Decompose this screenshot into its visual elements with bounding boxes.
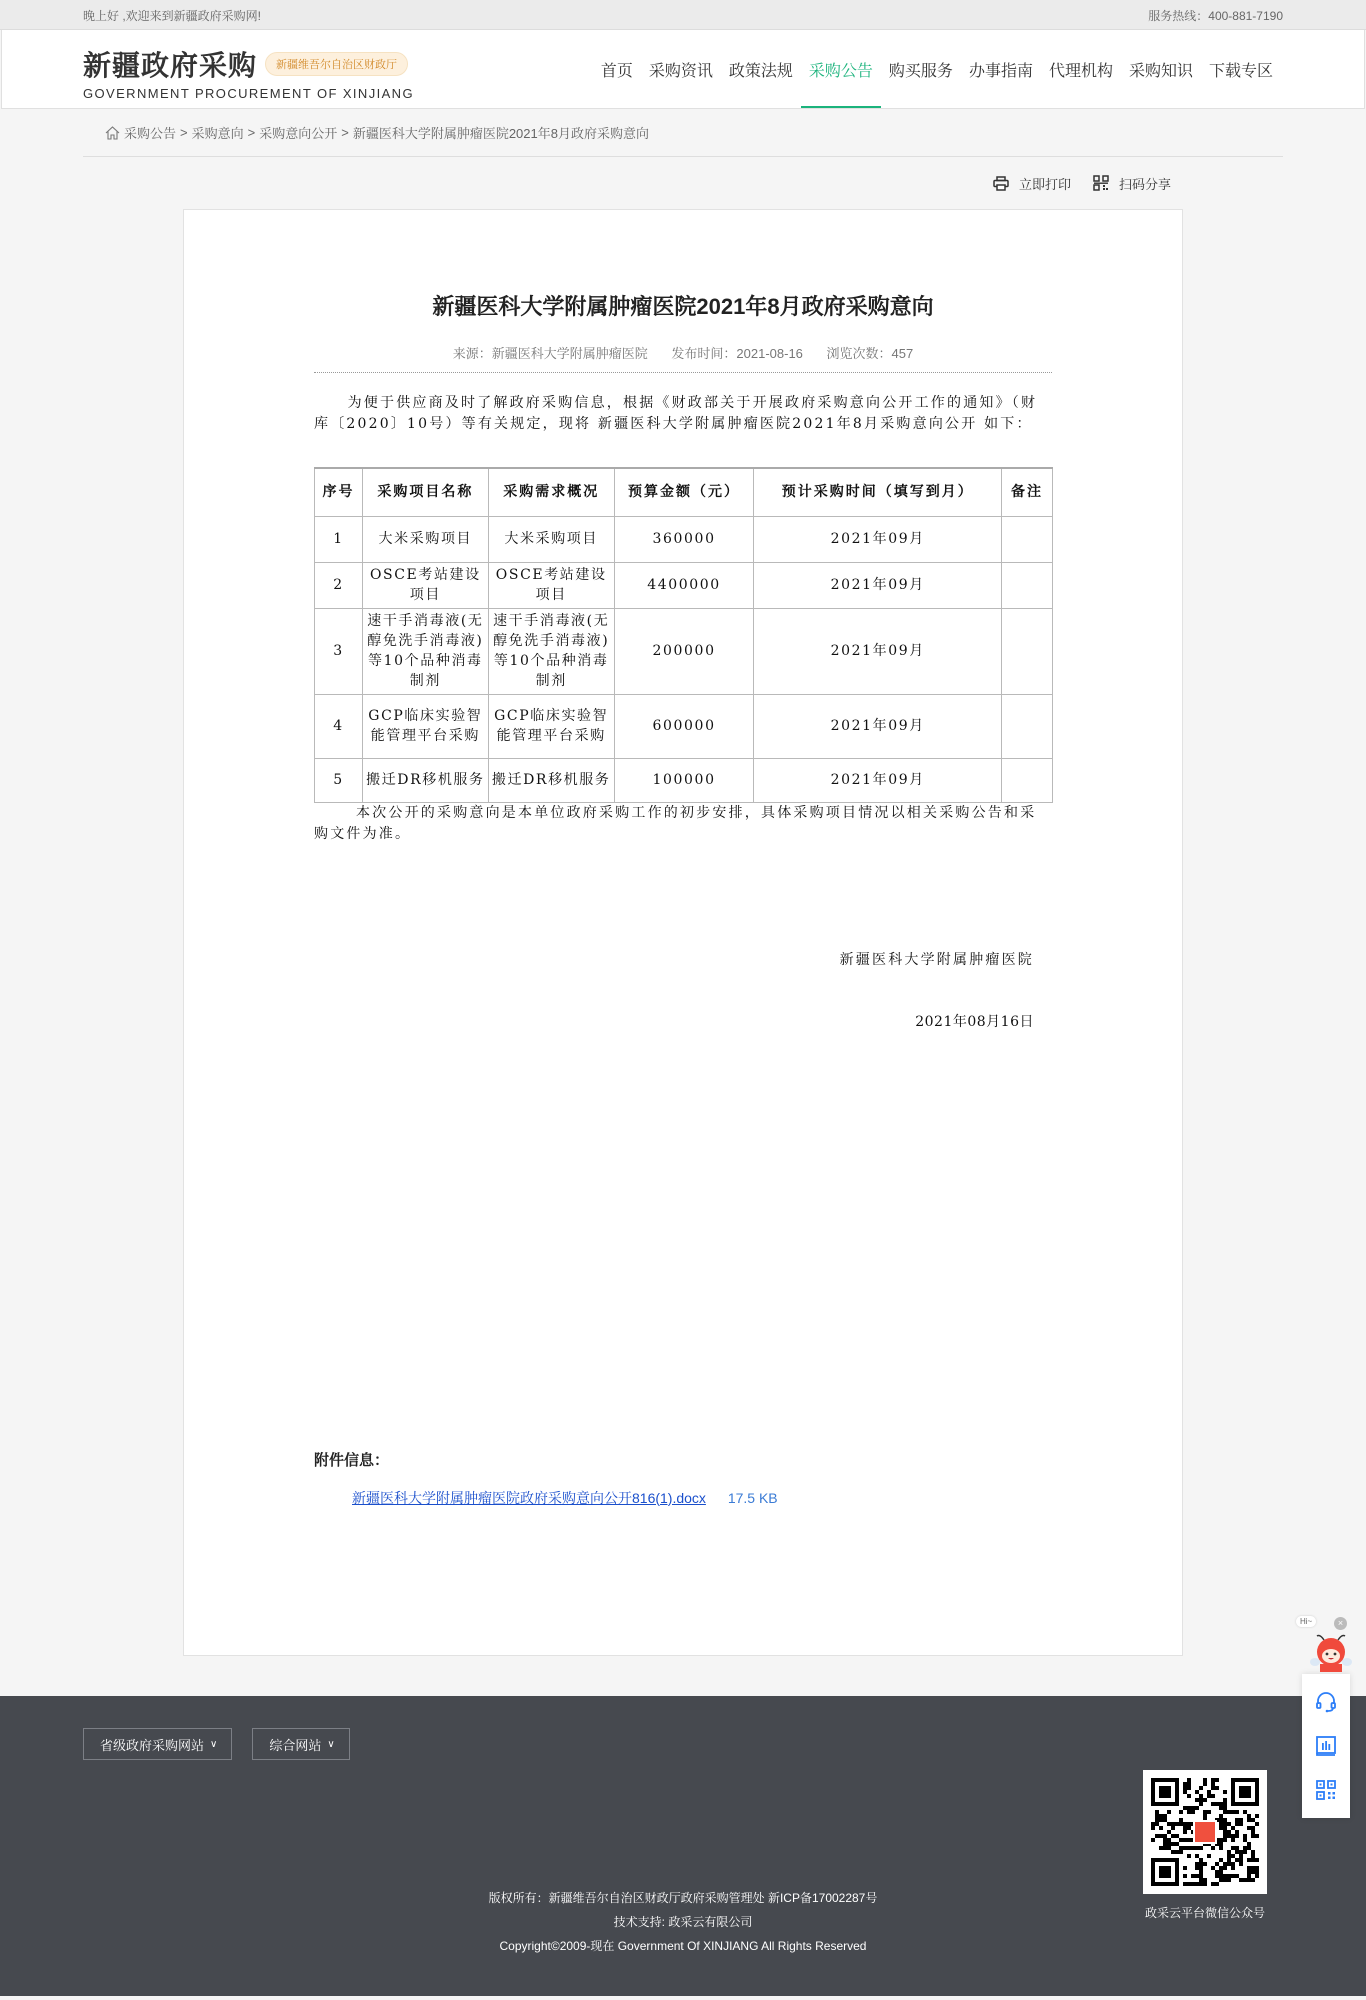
table-row: 5搬迁DR移机服务搬迁DR移机服务1000002021年09月 xyxy=(315,758,1053,802)
table-cell: 3 xyxy=(315,608,363,694)
home-icon[interactable] xyxy=(105,126,120,140)
table-cell: 4 xyxy=(315,694,363,758)
article-views: 浏览次数：457 xyxy=(827,346,914,361)
manual-button[interactable] xyxy=(1302,1724,1350,1768)
table-cell: 速干手消毒液(无醇免洗手消毒液)等10个品种消毒制剂 xyxy=(362,608,488,694)
logo-badge: 新疆维吾尔自治区财政厅 xyxy=(265,52,408,76)
table-cell: GCP临床实验智能管理平台采购 xyxy=(362,694,488,758)
attachment-title: 附件信息： xyxy=(314,1449,1052,1470)
breadcrumb-item[interactable]: 新疆医科大学附属肿瘤医院2021年8月政府采购意向 xyxy=(353,123,649,142)
qrcode-icon xyxy=(1093,175,1109,191)
table-cell: 大米采购项目 xyxy=(362,516,488,562)
table-cell: OSCE考站建设项目 xyxy=(362,562,488,608)
floating-service-widget: Hi~ × xyxy=(1302,1614,1352,1818)
logo-english: GOVERNMENT PROCUREMENT OF XINJIANG xyxy=(83,86,414,101)
table-header-cell: 预计采购时间（填写到月） xyxy=(754,468,1002,516)
breadcrumb: 采购公告>采购意向>采购意向公开>新疆医科大学附属肿瘤医院2021年8月政府采购… xyxy=(83,109,1283,157)
site-header: 新疆政府采购 新疆维吾尔自治区财政厅 GOVERNMENT PROCUREMEN… xyxy=(1,30,1365,109)
qrcode-icon xyxy=(1314,1778,1338,1802)
attachment-link[interactable]: 新疆医科大学附属肿瘤医院政府采购意向公开816(1).docx xyxy=(352,1490,706,1506)
share-button[interactable]: 扫码分享 xyxy=(1093,174,1171,193)
article-tools: 立即打印 扫码分享 xyxy=(83,157,1283,209)
table-header-cell: 序号 xyxy=(315,468,363,516)
table-row: 2OSCE考站建设项目OSCE考站建设项目44000002021年09月 xyxy=(315,562,1053,608)
service-hotline: 服务热线：400-881-7190 xyxy=(1148,7,1283,24)
site-logo[interactable]: 新疆政府采购 新疆维吾尔自治区财政厅 GOVERNMENT PROCUREMEN… xyxy=(83,30,414,108)
table-cell xyxy=(1002,758,1053,802)
table-cell: 100000 xyxy=(614,758,754,802)
table-cell: 600000 xyxy=(614,694,754,758)
article-source: 来源：新疆医科大学附属肿瘤医院 xyxy=(453,346,648,361)
site-footer: 省级政府采购网站 ∨ 综合网站 ∨ 政采云平台微信公众号 版权所有：新疆维吾尔自… xyxy=(0,1696,1366,1996)
table-cell: 2021年09月 xyxy=(754,758,1002,802)
table-header-cell: 采购项目名称 xyxy=(362,468,488,516)
nav-item[interactable]: 采购公告 xyxy=(801,30,881,108)
provincial-sites-label: 省级政府采购网站 xyxy=(100,1735,204,1754)
table-cell: GCP临床实验智能管理平台采购 xyxy=(488,694,614,758)
manual-icon xyxy=(1314,1734,1338,1758)
qr-code-image xyxy=(1143,1770,1267,1894)
top-bar: 晚上好 ,欢迎来到新疆政府采购网! 服务热线：400-881-7190 xyxy=(0,0,1366,30)
breadcrumb-item[interactable]: 采购意向 xyxy=(192,123,244,142)
article-card: 新疆医科大学附属肿瘤医院2021年8月政府采购意向 来源：新疆医科大学附属肿瘤医… xyxy=(183,209,1183,1656)
procurement-table: 序号采购项目名称采购需求概况预算金额（元）预计采购时间（填写到月）备注 1大米采… xyxy=(314,467,1053,803)
table-row: 3速干手消毒液(无醇免洗手消毒液)等10个品种消毒制剂速干手消毒液(无醇免洗手消… xyxy=(315,608,1053,694)
copyright-line-2: 技术支持: 政采云有限公司 xyxy=(83,1910,1283,1934)
qrcode-button[interactable] xyxy=(1302,1768,1350,1812)
nav-item[interactable]: 代理机构 xyxy=(1041,30,1121,108)
breadcrumb-item[interactable]: 采购意向公开 xyxy=(259,123,337,142)
table-cell: 速干手消毒液(无醇免洗手消毒液)等10个品种消毒制剂 xyxy=(488,608,614,694)
table-cell xyxy=(1002,608,1053,694)
copyright-line-3: Copyright©2009-现在 Government Of XINJIANG… xyxy=(83,1934,1283,1958)
main-nav: 首页采购资讯政策法规采购公告购买服务办事指南代理机构采购知识下载专区 xyxy=(593,30,1281,108)
table-header-cell: 预算金额（元） xyxy=(614,468,754,516)
attachment-size: 17.5 KB xyxy=(728,1490,778,1506)
mascot-bee[interactable]: Hi~ × xyxy=(1296,1614,1356,1674)
intro-paragraph: 为便于供应商及时了解政府采购信息，根据《财政部关于开展政府采购意向公开工作的通知… xyxy=(314,393,1052,435)
nav-item[interactable]: 购买服务 xyxy=(881,30,961,108)
logo-title: 新疆政府采购 xyxy=(83,44,257,84)
nav-item[interactable]: 政策法规 xyxy=(721,30,801,108)
chevron-down-icon: ∨ xyxy=(210,1739,217,1750)
breadcrumb-separator: > xyxy=(180,125,188,140)
attachment-item: 新疆医科大学附属肿瘤医院政府采购意向公开816(1).docx 17.5 KB xyxy=(314,1488,1052,1508)
table-cell xyxy=(1002,562,1053,608)
copyright: 版权所有：新疆维吾尔自治区财政厅政府采购管理处 新ICP备17002287号 技… xyxy=(83,1886,1283,1958)
nav-item[interactable]: 下载专区 xyxy=(1201,30,1281,108)
nav-item[interactable]: 采购知识 xyxy=(1121,30,1201,108)
bee-mascot-icon xyxy=(1308,1632,1354,1672)
side-panel xyxy=(1302,1674,1350,1818)
table-cell xyxy=(1002,694,1053,758)
provincial-sites-dropdown[interactable]: 省级政府采购网站 ∨ xyxy=(83,1728,232,1760)
article-publish-time: 发布时间：2021-08-16 xyxy=(671,346,803,361)
printer-icon xyxy=(993,176,1009,191)
mascot-bubble: Hi~ xyxy=(1296,1616,1316,1627)
table-cell xyxy=(1002,516,1053,562)
print-label: 立即打印 xyxy=(1019,174,1071,193)
table-cell: 2021年09月 xyxy=(754,562,1002,608)
table-cell: 5 xyxy=(315,758,363,802)
table-cell: 2021年09月 xyxy=(754,608,1002,694)
general-sites-label: 综合网站 xyxy=(269,1735,321,1754)
table-cell: 1 xyxy=(315,516,363,562)
table-cell: 大米采购项目 xyxy=(488,516,614,562)
table-header-row: 序号采购项目名称采购需求概况预算金额（元）预计采购时间（填写到月）备注 xyxy=(315,468,1053,516)
signature-date: 2021年08月16日 xyxy=(314,1011,1052,1031)
nav-item[interactable]: 采购资讯 xyxy=(641,30,721,108)
share-label: 扫码分享 xyxy=(1119,174,1171,193)
attachment-section: 附件信息： 新疆医科大学附属肿瘤医院政府采购意向公开816(1).docx 17… xyxy=(314,1449,1052,1508)
table-header-cell: 备注 xyxy=(1002,468,1053,516)
breadcrumb-separator: > xyxy=(341,125,349,140)
chevron-down-icon: ∨ xyxy=(327,1739,334,1750)
article-title: 新疆医科大学附属肿瘤医院2021年8月政府采购意向 xyxy=(314,290,1052,321)
table-row: 4GCP临床实验智能管理平台采购GCP临床实验智能管理平台采购600000202… xyxy=(315,694,1053,758)
table-cell: 200000 xyxy=(614,608,754,694)
customer-service-button[interactable] xyxy=(1302,1680,1350,1724)
article-meta: 来源：新疆医科大学附属肿瘤医院 发布时间：2021-08-16 浏览次数：457 xyxy=(314,343,1052,362)
greeting-text: 晚上好 ,欢迎来到新疆政府采购网! xyxy=(83,7,261,24)
table-row: 1大米采购项目大米采购项目3600002021年09月 xyxy=(315,516,1053,562)
table-cell: 2021年09月 xyxy=(754,694,1002,758)
table-cell: 2021年09月 xyxy=(754,516,1002,562)
nav-item[interactable]: 首页 xyxy=(593,30,641,108)
copyright-line-1: 版权所有：新疆维吾尔自治区财政厅政府采购管理处 新ICP备17002287号 xyxy=(83,1886,1283,1910)
closing-paragraph: 本次公开的采购意向是本单位政府采购工作的初步安排，具体采购项目情况以相关采购公告… xyxy=(314,803,1052,845)
table-cell: 4400000 xyxy=(614,562,754,608)
table-cell: 2 xyxy=(315,562,363,608)
nav-item[interactable]: 办事指南 xyxy=(961,30,1041,108)
table-cell: 搬迁DR移机服务 xyxy=(362,758,488,802)
table-cell: 搬迁DR移机服务 xyxy=(488,758,614,802)
breadcrumb-item[interactable]: 采购公告 xyxy=(124,123,176,142)
print-button[interactable]: 立即打印 xyxy=(993,174,1071,193)
meta-divider xyxy=(314,372,1052,373)
breadcrumb-separator: > xyxy=(248,125,256,140)
table-header-cell: 采购需求概况 xyxy=(488,468,614,516)
table-cell: OSCE考站建设项目 xyxy=(488,562,614,608)
headset-icon xyxy=(1314,1690,1338,1714)
signature-org: 新疆医科大学附属肿瘤医院 xyxy=(314,949,1052,969)
general-sites-dropdown[interactable]: 综合网站 ∨ xyxy=(252,1728,349,1760)
table-cell: 360000 xyxy=(614,516,754,562)
close-icon[interactable]: × xyxy=(1334,1617,1347,1630)
